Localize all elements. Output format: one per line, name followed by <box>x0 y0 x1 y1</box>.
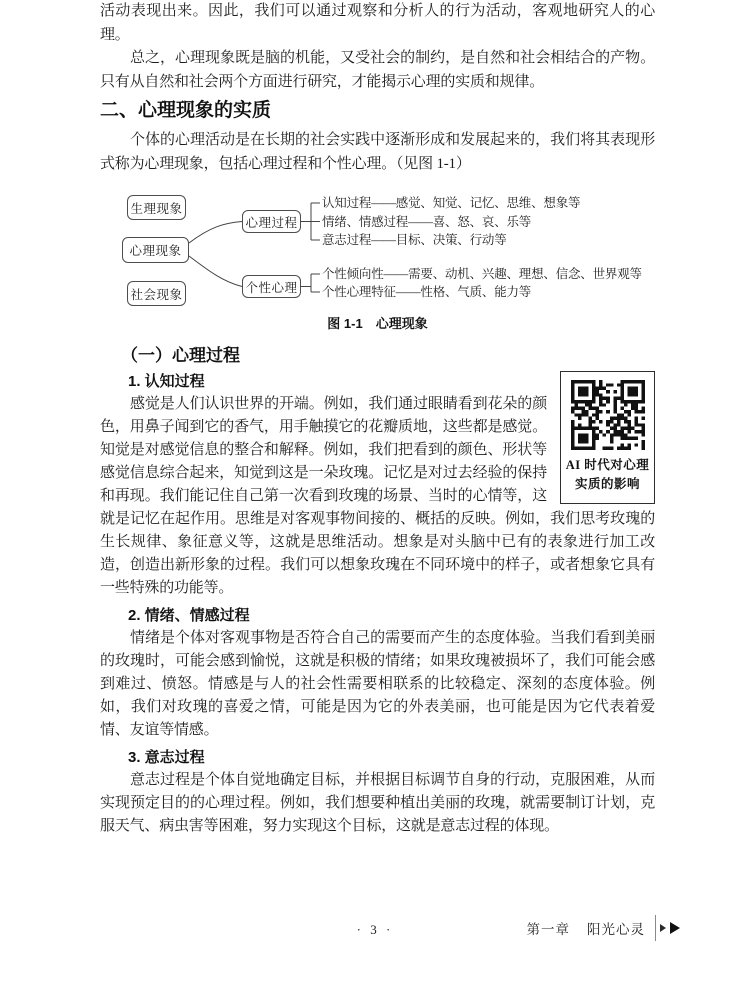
figure-caption: 图 1-1 心理现象 <box>100 316 655 332</box>
qr-caption-line2: 实质的影响 <box>561 475 654 494</box>
paragraph-intro-continuation: 活动表现出来。因此，我们可以通过观察和分析人的行为活动，客观地研究人的心理。 <box>100 0 655 47</box>
figure-1-1-diagram: 生理现象 心理现象 社会现象 心理过程 个性心理 认知过程——感觉、知觉、记忆、… <box>100 190 655 312</box>
figure-box-psychological: 心理现象 <box>122 237 189 263</box>
figure-item-personality-tendency: 个性倾向性——需要、动机、兴趣、理想、信念、世界观等 <box>322 265 642 283</box>
sub-heading-will: 3. 意志过程 <box>100 747 655 768</box>
arrow-right-small-icon <box>660 924 666 932</box>
book-page: 活动表现出来。因此，我们可以通过观察和分析人的行为活动，客观地研究人的心理。 总… <box>0 0 750 1001</box>
qr-code-icon <box>571 380 645 450</box>
sub-heading-emotion: 2. 情绪、情感过程 <box>100 605 655 626</box>
figure-item-personality-traits: 个性心理特征——性格、气质、能力等 <box>322 283 531 301</box>
subsection-heading-psych-process: （一）心理过程 <box>100 345 655 367</box>
section-heading: 二、心理现象的实质 <box>100 100 655 122</box>
chapter-label: 第一章 <box>527 918 571 938</box>
paragraph-will: 意志过程是个体自觉地确定目标，并根据目标调节自身的行动，克服困难，从而实现预定目… <box>100 769 655 838</box>
sub-heading-emotion-label: 2. 情绪、情感过程 <box>128 607 250 624</box>
figure-item-emotion: 情绪、情感过程——喜、怒、哀、乐等 <box>322 213 531 231</box>
qr-panel: AI 时代对心理 实质的影响 <box>560 371 655 504</box>
footer-divider <box>655 915 656 941</box>
arrow-right-icon <box>670 922 680 934</box>
chapter-title: 阳光心灵 <box>587 918 645 938</box>
figure-box-personality: 个性心理 <box>242 275 301 298</box>
qr-caption-line1: AI 时代对心理 <box>561 456 654 475</box>
footer-chapter-group: 第一章 阳光心灵 <box>527 915 681 941</box>
figure-item-will: 意志过程——目标、决策、行动等 <box>322 231 507 249</box>
sub-heading-will-label: 3. 意志过程 <box>128 749 205 766</box>
figure-box-social: 社会现象 <box>127 281 186 306</box>
sub-heading-cognitive: AI 时代对心理 实质的影响 1. 认知过程 <box>100 371 655 392</box>
sub-heading-cognitive-label: 1. 认知过程 <box>128 373 205 390</box>
paragraph-summary: 总之，心理现象既是脑的机能，又受社会的制约，是自然和社会相结合的产物。只有从自然… <box>100 47 655 94</box>
figure-item-cognitive: 认知过程——感觉、知觉、记忆、思维、想象等 <box>322 194 580 212</box>
paragraph-emotion: 情绪是个体对客观事物是否符合自己的需要而产生的态度体验。当我们看到美丽的玫瑰时，… <box>100 627 655 742</box>
paragraph-section-intro: 个体的心理活动是在长期的社会实践中逐渐形成和发展起来的，我们将其表现形式称为心理… <box>100 129 655 176</box>
figure-box-physiological: 生理现象 <box>127 195 186 220</box>
figure-box-psych-process: 心理过程 <box>242 210 301 233</box>
page-content: 活动表现出来。因此，我们可以通过观察和分析人的行为活动，客观地研究人的心理。 总… <box>100 0 655 838</box>
